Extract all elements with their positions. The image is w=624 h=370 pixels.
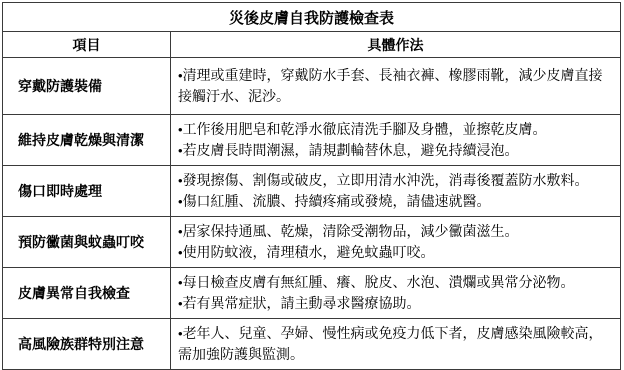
action-line: •若有異常症狀，請主動尋求醫療協助。 bbox=[178, 293, 610, 314]
row-item-label: 維持皮膚乾燥與清潔 bbox=[3, 115, 171, 166]
action-line: •發現擦傷、割傷或破皮，立即用清水沖洗，消毒後覆蓋防水敷料。 bbox=[178, 170, 610, 191]
table-row: 穿戴防護裝備 •清理或重建時，穿戴防水手套、長袖衣褲、橡膠雨靴，減少皮膚直接接觸… bbox=[3, 58, 621, 115]
action-text: 發現擦傷、割傷或破皮，立即用清水沖洗，消毒後覆蓋防水敷料。 bbox=[183, 172, 589, 188]
action-line: •使用防蚊液，清理積水，避免蚊蟲叮咬。 bbox=[178, 242, 610, 263]
table-row: 傷口即時處理 •發現擦傷、割傷或破皮，立即用清水沖洗，消毒後覆蓋防水敷料。 •傷… bbox=[3, 166, 621, 217]
table-row: 高風險族群特別注意 •老年人、兒童、孕婦、慢性病或免疫力低下者，皮膚感染風險較高… bbox=[3, 319, 621, 370]
row-item-label: 穿戴防護裝備 bbox=[3, 58, 171, 115]
row-steps-cell: •清理或重建時，穿戴防水手套、長袖衣褲、橡膠雨靴，減少皮膚直接接觸汙水、泥沙。 bbox=[171, 58, 621, 115]
row-item-label: 皮膚異常自我檢查 bbox=[3, 268, 171, 319]
row-item-label: 傷口即時處理 bbox=[3, 166, 171, 217]
document-page: 災後皮膚自我防護檢查表 項目 具體作法 穿戴防護裝備 •清理或重建時，穿戴防水手… bbox=[0, 0, 624, 366]
action-text: 工作後用肥皂和乾淨水徹底清洗手腳及身體，並擦乾皮膚。 bbox=[183, 121, 547, 137]
action-text: 若皮膚長時間潮濕，請規劃輪替休息，避免持續浸泡。 bbox=[183, 142, 519, 158]
action-line: •工作後用肥皂和乾淨水徹底清洗手腳及身體，並擦乾皮膚。 bbox=[178, 119, 610, 140]
table-row: 維持皮膚乾燥與清潔 •工作後用肥皂和乾淨水徹底清洗手腳及身體，並擦乾皮膚。 •若… bbox=[3, 115, 621, 166]
column-header-steps: 具體作法 bbox=[171, 32, 621, 58]
row-item-label: 預防黴菌與蚊蟲叮咬 bbox=[3, 217, 171, 268]
action-text: 居家保持通風、乾燥，清除受潮物品，減少黴菌滋生。 bbox=[183, 223, 519, 239]
action-line: •老年人、兒童、孕婦、慢性病或免疫力低下者，皮膚感染風險較高，需加強防護與監測。 bbox=[178, 323, 610, 365]
action-text: 每日檢查皮膚有無紅腫、癢、脫皮、水泡、潰爛或異常分泌物。 bbox=[183, 274, 575, 290]
column-header-item: 項目 bbox=[3, 32, 171, 58]
action-text: 老年人、兒童、孕婦、慢性病或免疫力低下者，皮膚感染風險較高，需加強防護與監測。 bbox=[178, 325, 603, 362]
skin-protection-checklist-table: 災後皮膚自我防護檢查表 項目 具體作法 穿戴防護裝備 •清理或重建時，穿戴防水手… bbox=[2, 2, 621, 370]
action-line: •居家保持通風、乾燥，清除受潮物品，減少黴菌滋生。 bbox=[178, 221, 610, 242]
row-steps-cell: •老年人、兒童、孕婦、慢性病或免疫力低下者，皮膚感染風險較高，需加強防護與監測。 bbox=[171, 319, 621, 370]
row-steps-cell: •每日檢查皮膚有無紅腫、癢、脫皮、水泡、潰爛或異常分泌物。 •若有異常症狀，請主… bbox=[171, 268, 621, 319]
table-row: 預防黴菌與蚊蟲叮咬 •居家保持通風、乾燥，清除受潮物品，減少黴菌滋生。 •使用防… bbox=[3, 217, 621, 268]
row-steps-cell: •居家保持通風、乾燥，清除受潮物品，減少黴菌滋生。 •使用防蚊液，清理積水，避免… bbox=[171, 217, 621, 268]
row-steps-cell: •發現擦傷、割傷或破皮，立即用清水沖洗，消毒後覆蓋防水敷料。 •傷口紅腫、流膿、… bbox=[171, 166, 621, 217]
action-line: •每日檢查皮膚有無紅腫、癢、脫皮、水泡、潰爛或異常分泌物。 bbox=[178, 272, 610, 293]
table-title-row: 災後皮膚自我防護檢查表 bbox=[3, 3, 621, 32]
action-line: •清理或重建時，穿戴防水手套、長袖衣褲、橡膠雨靴，減少皮膚直接接觸汙水、泥沙。 bbox=[178, 65, 610, 107]
action-line: •傷口紅腫、流膿、持續疼痛或發燒，請儘速就醫。 bbox=[178, 191, 610, 212]
action-text: 傷口紅腫、流膿、持續疼痛或發燒，請儘速就醫。 bbox=[183, 193, 491, 209]
action-text: 若有異常症狀，請主動尋求醫療協助。 bbox=[183, 295, 421, 311]
action-line: •若皮膚長時間潮濕，請規劃輪替休息，避免持續浸泡。 bbox=[178, 140, 610, 161]
row-steps-cell: •工作後用肥皂和乾淨水徹底清洗手腳及身體，並擦乾皮膚。 •若皮膚長時間潮濕，請規… bbox=[171, 115, 621, 166]
table-title: 災後皮膚自我防護檢查表 bbox=[3, 3, 621, 32]
action-text: 使用防蚊液，清理積水，避免蚊蟲叮咬。 bbox=[183, 244, 435, 260]
table-row: 皮膚異常自我檢查 •每日檢查皮膚有無紅腫、癢、脫皮、水泡、潰爛或異常分泌物。 •… bbox=[3, 268, 621, 319]
table-header-row: 項目 具體作法 bbox=[3, 32, 621, 58]
action-text: 清理或重建時，穿戴防水手套、長袖衣褲、橡膠雨靴，減少皮膚直接接觸汙水、泥沙。 bbox=[178, 67, 603, 104]
row-item-label: 高風險族群特別注意 bbox=[3, 319, 171, 370]
